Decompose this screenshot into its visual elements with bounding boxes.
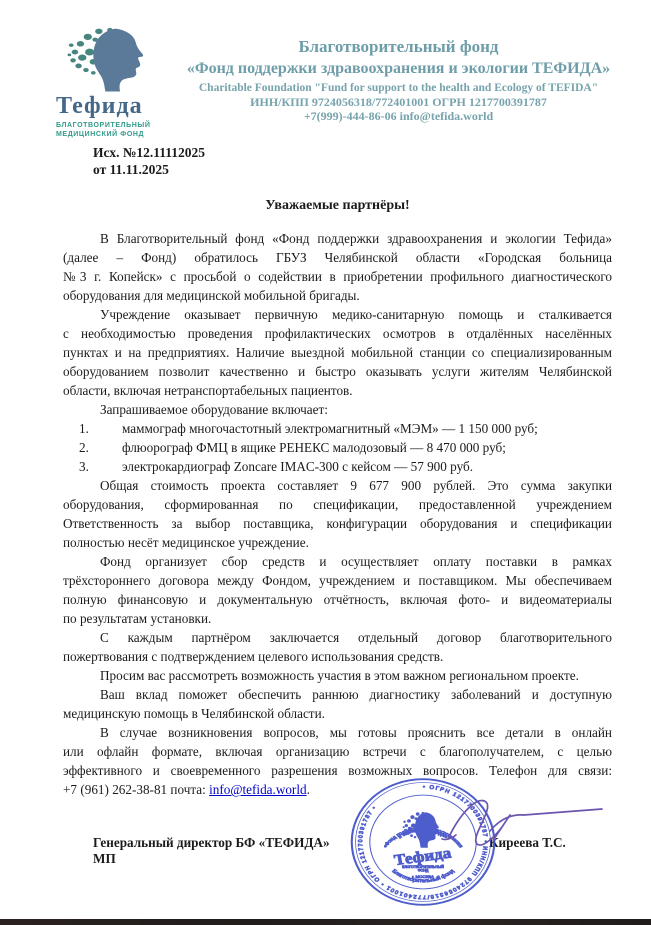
letter-line: медицинскую помощь в Челябинской области… (63, 704, 612, 723)
letterhead-text: Благотворительный фонд «Фонд поддержки з… (174, 24, 623, 139)
letter-line: области, включая нетранспортабельных пац… (63, 381, 612, 400)
logo-wordmark: Тефида (56, 94, 174, 118)
equipment-list-item: 3.электрокардиограф Zoncare IMAC-300 с к… (63, 457, 612, 476)
salutation: Уважаемые партнёры! (63, 198, 612, 214)
letter-line: Запрашиваемое оборудование включает: (63, 400, 612, 419)
equipment-list-item: 1.маммограф многочастотный электромагнит… (63, 419, 612, 438)
org-contacts: +7(999)-444-86-06 info@tefida.world (174, 109, 623, 123)
letter-line: С каждым партнёром заключается отдельный… (63, 628, 612, 647)
letterhead: Тефида БЛАГОТВОРИТЕЛЬНЫЙ МЕДИЦИНСКИЙ ФОН… (0, 0, 651, 139)
letter-line: Общая стоимость проекта составляет 9 677… (63, 476, 612, 495)
sig-mp-line: МП (93, 851, 330, 867)
letter-line: (далее – Фонд) обратилось ГБУЗ Челябинск… (63, 248, 612, 267)
org-inn-ogrn: ИНН/КПП 9724056318/772401001 ОГРН 121770… (174, 95, 623, 109)
letter-line: Ответственность за выбор поставщика, кон… (63, 514, 612, 533)
letter-line: пунктах и на предприятиях. Наличие выезд… (63, 343, 612, 362)
letter-line: №3 г. Копейск» с просьбой о содействии в… (63, 267, 612, 286)
ref-date: от 11.11.2025 (93, 162, 651, 179)
svg-text:ФОНД: ФОНД (418, 869, 429, 873)
list-number: 1. (79, 419, 89, 438)
org-name-ru: Благотворительный фонд (174, 36, 623, 57)
list-text: маммограф многочастотный электромагнитны… (122, 421, 538, 436)
letter-line: эффективного и своевременного разрешения… (63, 761, 612, 780)
letter-line: оборудованием позволит качественно и быс… (63, 362, 612, 381)
letter-line: В Благотворительный фонд «Фонд поддержки… (63, 229, 612, 248)
screen-bottom-edge (0, 919, 651, 925)
handwritten-signature-icon (420, 787, 610, 859)
org-name-en: Charitable Foundation "Fund for support … (174, 81, 623, 95)
list-number: 3. (79, 457, 89, 476)
org-fullname-ru: «Фонд поддержки здравоохранения и эколог… (174, 59, 623, 79)
list-text: флюорограф ФМЦ в ящике РЕНЕКС малодозовы… (122, 440, 506, 455)
letter-line: с необходимостью проведения профилактиче… (63, 324, 612, 343)
letter-line: полную финансовую и документальную отчёт… (63, 590, 612, 609)
email-link[interactable]: info@tefida.world (209, 782, 306, 797)
signatory-title: Генеральный директор БФ «ТЕФИДА» МП (93, 835, 330, 867)
letter-line: трёхстороннего договора между Фондом, уч… (63, 571, 612, 590)
logo-caption: БЛАГОТВОРИТЕЛЬНЫЙ МЕДИЦИНСКИЙ ФОНД (56, 121, 174, 139)
signature-block: Генеральный директор БФ «ТЕФИДА» МП Кире… (0, 807, 651, 925)
list-text: электрокардиограф Zoncare IMAC-300 с кей… (122, 459, 473, 474)
letter-line: или офлайн формате, включая организацию … (63, 742, 612, 761)
tefida-head-icon (62, 24, 158, 94)
letter-line: оборудования, сформированная по специфик… (63, 495, 612, 514)
foundation-logo: Тефида БЛАГОТВОРИТЕЛЬНЫЙ МЕДИЦИНСКИЙ ФОН… (56, 24, 174, 139)
letter-line: Фонд организует сбор средств и осуществл… (63, 552, 612, 571)
equipment-list-item: 2.флюорограф ФМЦ в ящике РЕНЕКС малодозо… (63, 438, 612, 457)
letter-line: В случае возникновения вопросов, мы гото… (63, 723, 612, 742)
letter-line: Просим вас рассмотреть возможность участ… (63, 666, 612, 685)
letter-body: В Благотворительный фонд «Фонд поддержки… (63, 229, 612, 799)
sig-title-line: Генеральный директор БФ «ТЕФИДА» (93, 835, 330, 851)
ref-number: Исх. №12.11112025 (93, 145, 651, 162)
letter-line: пожертвования с подтверждением целевого … (63, 647, 612, 666)
letter-line: оборудования для медицинской мобильной б… (63, 286, 612, 305)
outgoing-reference: Исх. №12.11112025 от 11.11.2025 (93, 145, 651, 178)
letter-page: Тефида БЛАГОТВОРИТЕЛЬНЫЙ МЕДИЦИНСКИЙ ФОН… (0, 0, 651, 925)
letter-line: по результатам установки. (63, 609, 612, 628)
letter-line: Учреждение оказывает первичную медико-са… (63, 305, 612, 324)
letter-line: Ваш вклад поможет обеспечить раннюю диаг… (63, 685, 612, 704)
list-number: 2. (79, 438, 89, 457)
letter-line: полностью несёт медицинское учреждение. (63, 533, 612, 552)
